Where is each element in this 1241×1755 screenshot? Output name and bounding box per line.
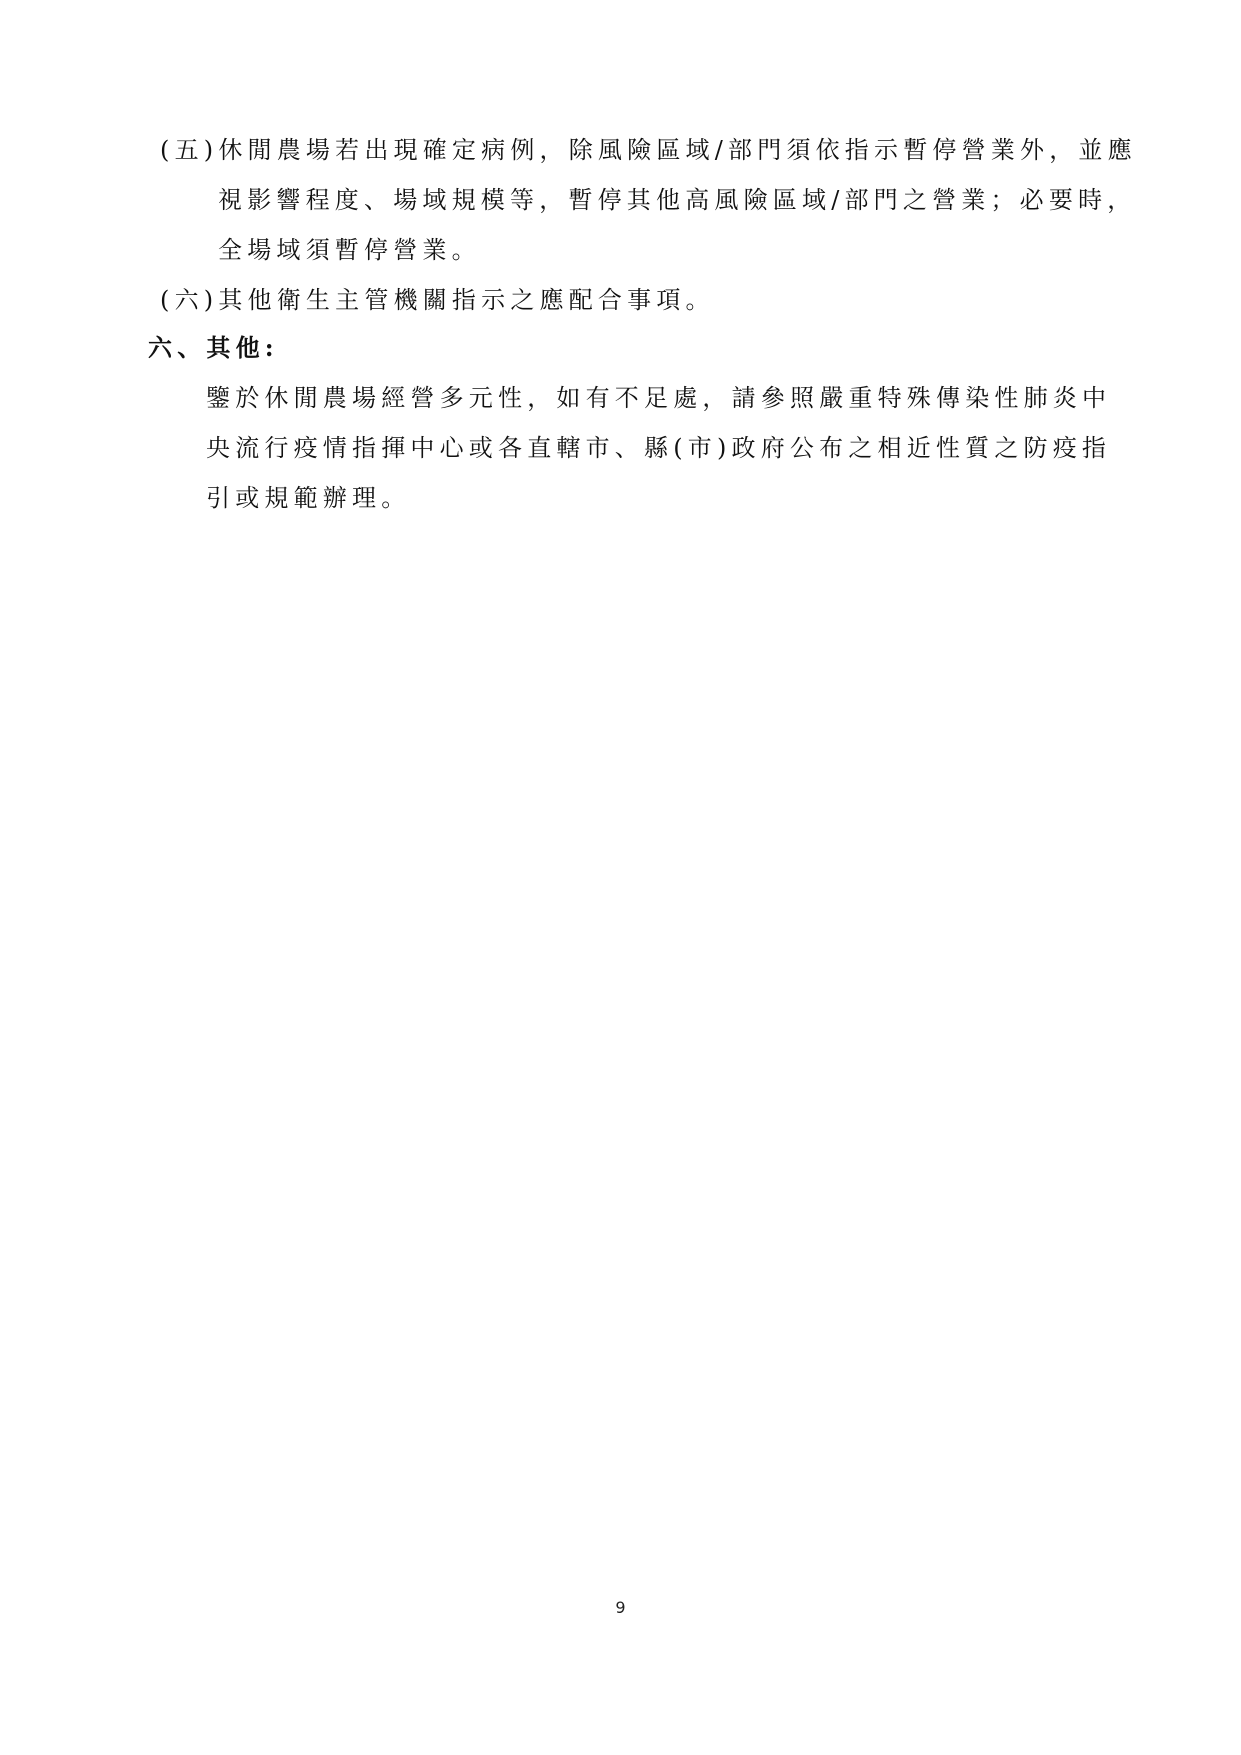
item-text: 休閒農場若出現確定病例，除風險區域/部門須依指示暫停營業外，並應 [218,136,1136,164]
item-six-line-1: (六)其他衛生主管機關指示之應配合事項。 [160,284,715,316]
item-five-line-2: 視影響程度、場域規模等，暫停其他高風險區域/部門之營業；必要時， [218,184,1136,216]
item-five-line-1: (五)休閒農場若出現確定病例，除風險區域/部門須依指示暫停營業外，並應 [160,134,1137,166]
section-paragraph-line-3: 引或規範辦理。 [206,482,410,514]
page-number: 9 [0,1598,1241,1617]
section-heading: 六、其他: [148,332,279,364]
section-paragraph-line-2: 央流行疫情指揮中心或各直轄市、縣(市)政府公布之相近性質之防疫指 [206,432,1111,464]
document-page: (五)休閒農場若出現確定病例，除風險區域/部門須依指示暫停營業外，並應 視影響程… [0,0,1241,1755]
item-label: (六) [160,286,218,314]
item-five-line-3: 全場域須暫停營業。 [218,234,481,266]
section-paragraph-line-1: 鑒於休閒農場經營多元性，如有不足處，請參照嚴重特殊傳染性肺炎中 [206,382,1111,414]
item-label: (五) [160,136,218,164]
item-text: 其他衛生主管機關指示之應配合事項。 [218,286,714,314]
